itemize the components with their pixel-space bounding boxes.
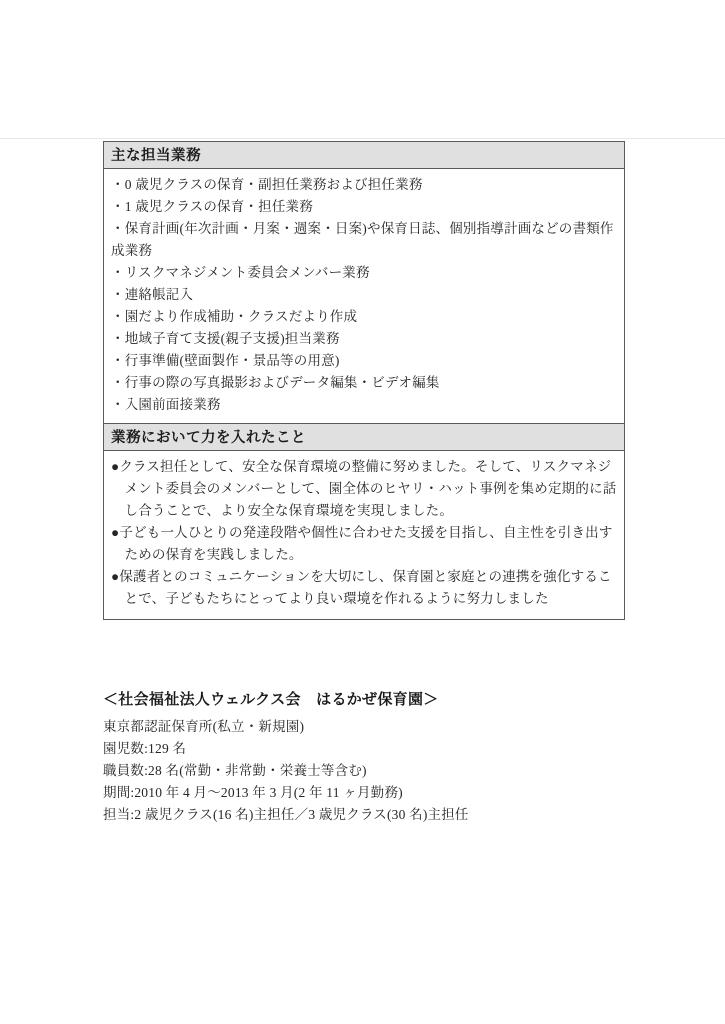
workplace-detail-line: 担当:2 歳児クラス(16 名)主担任／3 歳児クラス(30 名)主担任	[103, 804, 625, 826]
effort-item: ●子ども一人ひとりの発達段階や個性に合わせた支援を目指し、自主性を引き出すための…	[111, 522, 617, 566]
effort-item: ●保護者とのコミュニケーションを大切にし、保育園と家庭との連携を強化することで、…	[111, 566, 617, 610]
duty-item: ・リスクマネジメント委員会メンバー業務	[111, 262, 617, 284]
efforts-body: ●クラス担任として、安全な保育環境の整備に努めました。そして、リスクマネジメント…	[104, 451, 624, 619]
workplace-detail-line: 期間:2010 年 4 月～2013 年 3 月(2 年 11 ヶ月勤務)	[103, 782, 625, 804]
efforts-list: ●クラス担任として、安全な保育環境の整備に努めました。そして、リスクマネジメント…	[111, 456, 617, 610]
efforts-box: 業務において力を入れたこと ●クラス担任として、安全な保育環境の整備に努めました…	[103, 423, 625, 620]
effort-item: ●クラス担任として、安全な保育環境の整備に努めました。そして、リスクマネジメント…	[111, 456, 617, 522]
workplace-detail-line: 職員数:28 名(常勤・非常勤・栄養士等含む)	[103, 760, 625, 782]
duty-item: ・入園前面接業務	[111, 394, 617, 416]
workplace-title: ＜社会福祉法人ウェルクス会 はるかぜ保育園＞	[103, 690, 625, 710]
duties-box: 主な担当業務 ・0 歳児クラスの保育・副担任業務および担任業務 ・1 歳児クラス…	[103, 141, 625, 426]
duty-item: ・連絡帳記入	[111, 284, 617, 306]
duty-item: ・0 歳児クラスの保育・副担任業務および担任業務	[111, 174, 617, 196]
duty-item: ・行事準備(壁面製作・景品等の用意)	[111, 350, 617, 372]
document-page: { "page": { "background": "#ffffff", "te…	[0, 0, 725, 1024]
workplace-details: 東京都認証保育所(私立・新規園) 園児数:129 名 職員数:28 名(常勤・非…	[103, 716, 625, 826]
duty-item: ・1 歳児クラスの保育・担任業務	[111, 196, 617, 218]
duties-list: ・0 歳児クラスの保育・副担任業務および担任業務 ・1 歳児クラスの保育・担任業…	[111, 174, 617, 416]
workplace-detail-line: 園児数:129 名	[103, 738, 625, 760]
efforts-header: 業務において力を入れたこと	[104, 424, 624, 451]
duty-item: ・行事の際の写真撮影およびデータ編集・ビデオ編集	[111, 372, 617, 394]
workplace-section: ＜社会福祉法人ウェルクス会 はるかぜ保育園＞ 東京都認証保育所(私立・新規園) …	[103, 690, 625, 826]
duties-header: 主な担当業務	[104, 142, 624, 169]
duty-item: ・保育計画(年次計画・月案・週案・日案)や保育日誌、個別指導計画などの書類作成業…	[111, 218, 617, 262]
duties-body: ・0 歳児クラスの保育・副担任業務および担任業務 ・1 歳児クラスの保育・担任業…	[104, 169, 624, 425]
duty-item: ・地域子育て支援(親子支援)担当業務	[111, 328, 617, 350]
scan-artifact-line	[0, 138, 725, 139]
workplace-detail-line: 東京都認証保育所(私立・新規園)	[103, 716, 625, 738]
duty-item: ・園だより作成補助・クラスだより作成	[111, 306, 617, 328]
